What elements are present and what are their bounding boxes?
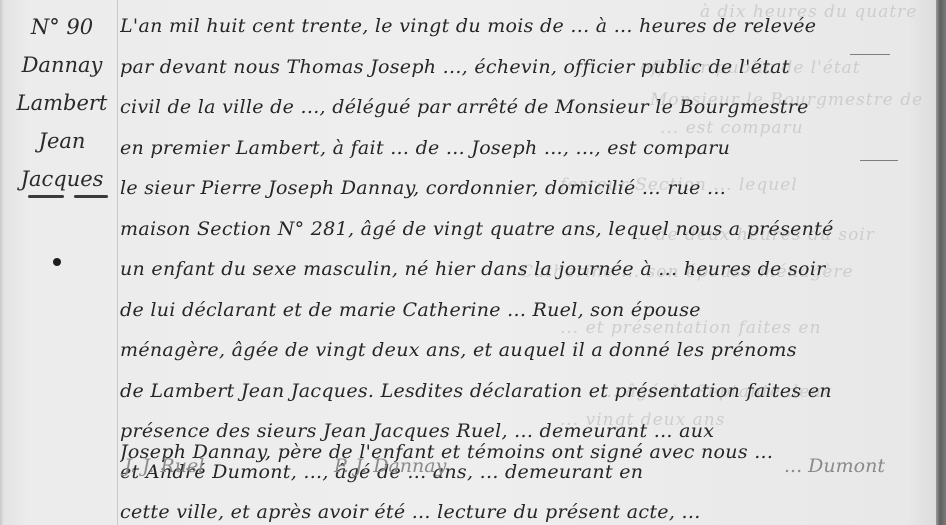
page-left-edge bbox=[0, 0, 4, 525]
ink-dot bbox=[53, 258, 61, 266]
record-line: de Lambert Jean Jacques. Lesdites déclar… bbox=[120, 371, 900, 412]
record-line: en premier Lambert, à fait ... de ... Jo… bbox=[120, 128, 900, 169]
margin-given-name: Jacques bbox=[10, 160, 114, 198]
signatures-row: J. J. Ruel P. J. Dannay ... Dumont bbox=[124, 455, 904, 495]
signature: ... Dumont bbox=[784, 455, 885, 477]
record-line: un enfant du sexe masculin, né hier dans… bbox=[120, 249, 900, 290]
underline-mark bbox=[860, 160, 898, 161]
margin-given-name: Lambert bbox=[10, 84, 114, 122]
margin-rule-line bbox=[117, 0, 118, 525]
page-right-edge bbox=[936, 0, 946, 525]
record-line: L'an mil huit cent trente, le vingt du m… bbox=[120, 6, 900, 47]
entry-number: N° 90 bbox=[10, 8, 114, 46]
document-page: à dix heures du quatre officier public d… bbox=[0, 0, 936, 525]
flourish-mark bbox=[74, 195, 108, 198]
margin-given-name: Jean bbox=[10, 122, 114, 160]
record-line: ménagère, âgée de vingt deux ans, et auq… bbox=[120, 330, 900, 371]
signature: J. J. Ruel bbox=[124, 455, 204, 477]
record-line: cette ville, et après avoir été ... lect… bbox=[120, 492, 900, 525]
record-line: le sieur Pierre Joseph Dannay, cordonnie… bbox=[120, 168, 900, 209]
record-line: civil de la ville de ..., délégué par ar… bbox=[120, 87, 900, 128]
signature: P. J. Dannay bbox=[334, 455, 446, 477]
flourish-mark bbox=[28, 195, 64, 198]
margin-surname: Dannay bbox=[10, 46, 114, 84]
record-line: maison Section N° 281, âgé de vingt quat… bbox=[120, 209, 900, 250]
record-line: par devant nous Thomas Joseph ..., échev… bbox=[120, 47, 900, 88]
record-line: de lui déclarant et de marie Catherine .… bbox=[120, 290, 900, 331]
margin-annotation: N° 90 Dannay Lambert Jean Jacques bbox=[10, 8, 114, 198]
underline-mark bbox=[850, 54, 890, 55]
